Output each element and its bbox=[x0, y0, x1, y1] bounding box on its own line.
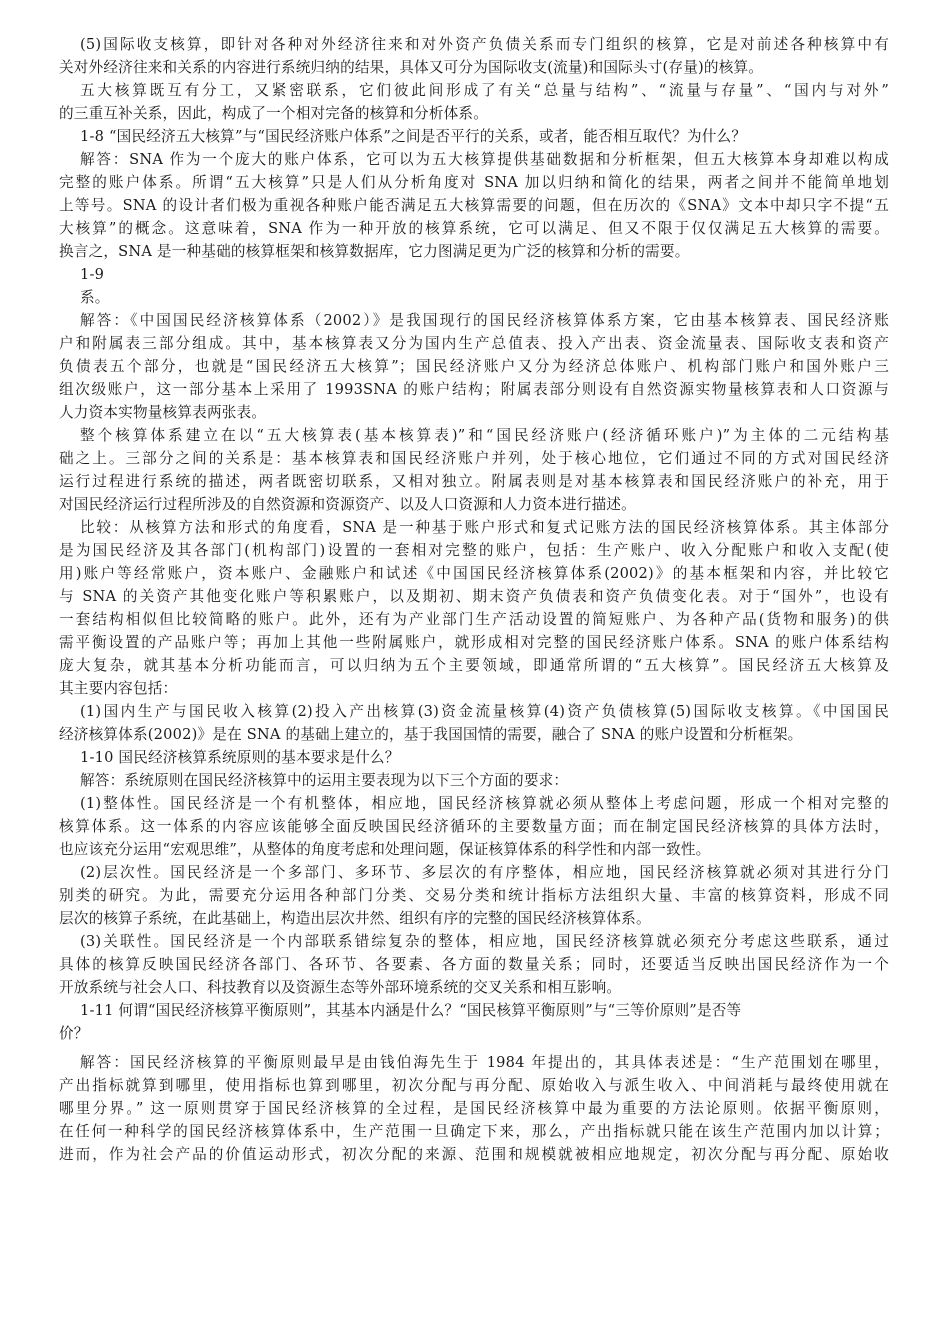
answer-1-9: 解答：《中国国民经济核算体系（2002）》是我国现行的国民经济核算体系方案，它由… bbox=[59, 309, 889, 424]
text-line: 解答：国民经济核算的平衡原则最早是由钱伯海先生于 1984 年提出的，其具体表述… bbox=[59, 1051, 889, 1074]
text-line: 是为国民经济及其各部门(机构部门)设置的一套相对完整的账户，包括：生产账户、收入… bbox=[59, 539, 889, 562]
text-line: (3)关联性。国民经济是一个内部联系错综复杂的整体，相应地，国民经济核算就必须充… bbox=[59, 930, 889, 953]
text-line: 比较：从核算方法和形式的角度看，SNA 是一种基于账户形式和复式记账方法的国民经… bbox=[59, 516, 889, 539]
question-heading: 1-9 bbox=[59, 263, 889, 286]
text-line: 也应该充分运用“宏观思维”，从整体的角度考虑和处理问题，保证核算体系的科学性和内… bbox=[59, 838, 889, 861]
text-line: 别类的研究。为此，需要充分运用各种部门分类、交易分类和统计指标方法组织大量、丰富… bbox=[59, 884, 889, 907]
text-line: (1)整体性。国民经济是一个有机整体，相应地，国民经济核算就必须从整体上考虑问题… bbox=[59, 792, 889, 815]
text-line: 关对外经济往来和关系的内容进行系统归纳的结果，具体又可分为国际收支(流量)和国际… bbox=[59, 56, 889, 79]
answer-1-10-hierarchy: (2)层次性。国民经济是一个多部门、多环节、多层次的有序整体，相应地，国民经济核… bbox=[59, 861, 889, 930]
text-line: 运行过程进行系统的描述，两者既密切联系，又相对独立。附属表则是对基本核算表和国民… bbox=[59, 470, 889, 493]
text-line: 解答：系统原则在国民经济核算中的运用主要表现为以下三个方面的要求： bbox=[59, 769, 889, 792]
paragraph-bop-accounting: (5)国际收支核算，即针对各种对外经济往来和对外资产负债关系而专门组织的核算，它… bbox=[59, 33, 889, 79]
question-1-10: 1-10 国民经济核算系统原则的基本要求是什么？ bbox=[59, 746, 889, 769]
question-heading: 价？ bbox=[59, 1022, 889, 1045]
text-line: 需平衡设置的产品账户等；再加上其他一些附属账户，就形成相对完整的国民经济账户体系… bbox=[59, 631, 889, 654]
text-line: 上等号。SNA 的设计者们极为重视各种账户能否满足五大核算需要的问题，但在历次的… bbox=[59, 194, 889, 217]
paragraph-five-accounts-relations: 五大核算既互有分工，又紧密联系，它们彼此间形成了有关“总量与结构”、“流量与存量… bbox=[59, 79, 889, 125]
answer-1-11: 解答：国民经济核算的平衡原则最早是由钱伯海先生于 1984 年提出的，其具体表述… bbox=[59, 1051, 889, 1166]
question-heading: 1-10 国民经济核算系统原则的基本要求是什么？ bbox=[59, 746, 889, 769]
text-line: 五大核算既互有分工，又紧密联系，它们彼此间形成了有关“总量与结构”、“流量与存量… bbox=[59, 79, 889, 102]
text-line: 在任何一种科学的国民经济核算体系中，生产范围一旦确定下来，那么，产出指标就只能在… bbox=[59, 1120, 889, 1143]
question-1-8: 1-8 “国民经济五大核算”与“国民经济账户体系”之间是否平行的关系，或者，能否… bbox=[59, 125, 889, 148]
question-heading: 1-8 “国民经济五大核算”与“国民经济账户体系”之间是否平行的关系，或者，能否… bbox=[59, 125, 889, 148]
answer-1-8: 解答：SNA 作为一个庞大的账户体系，它可以为五大核算提供基础数据和分析框架，但… bbox=[59, 148, 889, 263]
text-line: 用)账户等经常账户，资本账户、金融账户和试述《中国国民经济核算体系(2002)》… bbox=[59, 562, 889, 585]
paragraph-five-accounts-list: (1)国内生产与国民收入核算(2)投入产出核算(3)资金流量核算(4)资产负债核… bbox=[59, 700, 889, 746]
text-line: 础之上。三部分之间的关系是：基本核算表和国民经济账户并列，处于核心地位，它们通过… bbox=[59, 447, 889, 470]
question-1-9: 1-9 bbox=[59, 263, 889, 286]
answer-1-10-wholeness: (1)整体性。国民经济是一个有机整体，相应地，国民经济核算就必须从整体上考虑问题… bbox=[59, 792, 889, 861]
document-page: (5)国际收支核算，即针对各种对外经济往来和对外资产负债关系而专门组织的核算，它… bbox=[59, 33, 889, 1166]
text-line: 开放系统与社会人口、科技教育以及资源生态等外部环境系统的交叉关系和相互影响。 bbox=[59, 976, 889, 999]
text-line: (5)国际收支核算，即针对各种对外经济往来和对外资产负债关系而专门组织的核算，它… bbox=[59, 33, 889, 56]
question-1-9-tail: 系。 bbox=[59, 286, 889, 309]
text-line: 户和附属表三部分组成。其中，基本核算表又分为国内生产总值表、投入产出表、资金流量… bbox=[59, 332, 889, 355]
text-line: 换言之，SNA 是一种基础的核算框架和核算数据库，它力图满足更为广泛的核算和分析… bbox=[59, 240, 889, 263]
text-line: 庞大复杂，就其基本分析功能而言，可以归纳为五个主要领域，即通常所谓的“五大核算”… bbox=[59, 654, 889, 677]
text-line: 解答：SNA 作为一个庞大的账户体系，它可以为五大核算提供基础数据和分析框架，但… bbox=[59, 148, 889, 171]
text-line: 层次的核算子系统，在此基础上，构造出层次井然、组织有序的完整的国民经济核算体系。 bbox=[59, 907, 889, 930]
question-heading: 1-11 何谓“国民经济核算平衡原则”，其基本内涵是什么？“国民核算平衡原则”与… bbox=[59, 999, 889, 1022]
text-line: (2)层次性。国民经济是一个多部门、多环节、多层次的有序整体，相应地，国民经济核… bbox=[59, 861, 889, 884]
text-line: 组次级账户，这一部分基本上采用了 1993SNA 的账户结构；附属表部分则设有自… bbox=[59, 378, 889, 401]
text-line: 与 SNA 的关资产其他变化账户等积累账户，以及期初、期末资产负债表和资产负债变… bbox=[59, 585, 889, 608]
question-1-11: 1-11 何谓“国民经济核算平衡原则”，其基本内涵是什么？“国民核算平衡原则”与… bbox=[59, 999, 889, 1045]
answer-1-10-relevance: (3)关联性。国民经济是一个内部联系错综复杂的整体，相应地，国民经济核算就必须充… bbox=[59, 930, 889, 999]
text-line: 一套结构相似但比较简略的账户。此外，还有为产业部门生产活动设置的简短账户、为各种… bbox=[59, 608, 889, 631]
text-line: 产出指标就算到哪里，使用指标也算到哪里，初次分配与再分配、原始收入与派生收入、中… bbox=[59, 1074, 889, 1097]
paragraph-dual-structure: 整个核算体系建立在以“五大核算表(基本核算表)”和“国民经济账户(经济循环账户)… bbox=[59, 424, 889, 516]
text-line: 的三重互补关系，因此，构成了一个相对完备的核算和分析体系。 bbox=[59, 102, 889, 125]
text-line: 进而，作为社会产品的价值运动形式，初次分配的来源、范围和规模就被相应地规定，初次… bbox=[59, 1143, 889, 1166]
text-line: 具体的核算反映国民经济各部门、各环节、各要素、各方面的数量关系；同时，还要适当反… bbox=[59, 953, 889, 976]
text-line: 经济核算体系(2002)》是在 SNA 的基础上建立的，基于我国国情的需要，融合… bbox=[59, 723, 889, 746]
text-line: 系。 bbox=[59, 286, 889, 309]
text-line: 人力资本实物量核算表两张表。 bbox=[59, 401, 889, 424]
text-line: 对国民经济运行过程所涉及的自然资源和资源资产、以及人口资源和人力资本进行描述。 bbox=[59, 493, 889, 516]
text-line: 大核算”的概念。这意味着，SNA 作为一种开放的核算系统，它可以满足、但又不限于… bbox=[59, 217, 889, 240]
text-line: 解答：《中国国民经济核算体系（2002）》是我国现行的国民经济核算体系方案，它由… bbox=[59, 309, 889, 332]
text-line: 完整的账户体系。所谓“五大核算”只是人们从分析角度对 SNA 加以归纳和简化的结… bbox=[59, 171, 889, 194]
text-line: 其主要内容包括： bbox=[59, 677, 889, 700]
text-line: 哪里分界。” 这一原则贯穿于国民经济核算的全过程，是国民经济核算中最为重要的方法… bbox=[59, 1097, 889, 1120]
answer-1-10: 解答：系统原则在国民经济核算中的运用主要表现为以下三个方面的要求： bbox=[59, 769, 889, 792]
text-line: 负债表五个部分，也就是“国民经济五大核算”；国民经济账户又分为经济总体账户、机构… bbox=[59, 355, 889, 378]
text-line: 核算体系。这一体系的内容应该能够全面反映国民经济循环的主要数量方面；而在制定国民… bbox=[59, 815, 889, 838]
paragraph-comparison: 比较：从核算方法和形式的角度看，SNA 是一种基于账户形式和复式记账方法的国民经… bbox=[59, 516, 889, 700]
text-line: (1)国内生产与国民收入核算(2)投入产出核算(3)资金流量核算(4)资产负债核… bbox=[59, 700, 889, 723]
text-line: 整个核算体系建立在以“五大核算表(基本核算表)”和“国民经济账户(经济循环账户)… bbox=[59, 424, 889, 447]
